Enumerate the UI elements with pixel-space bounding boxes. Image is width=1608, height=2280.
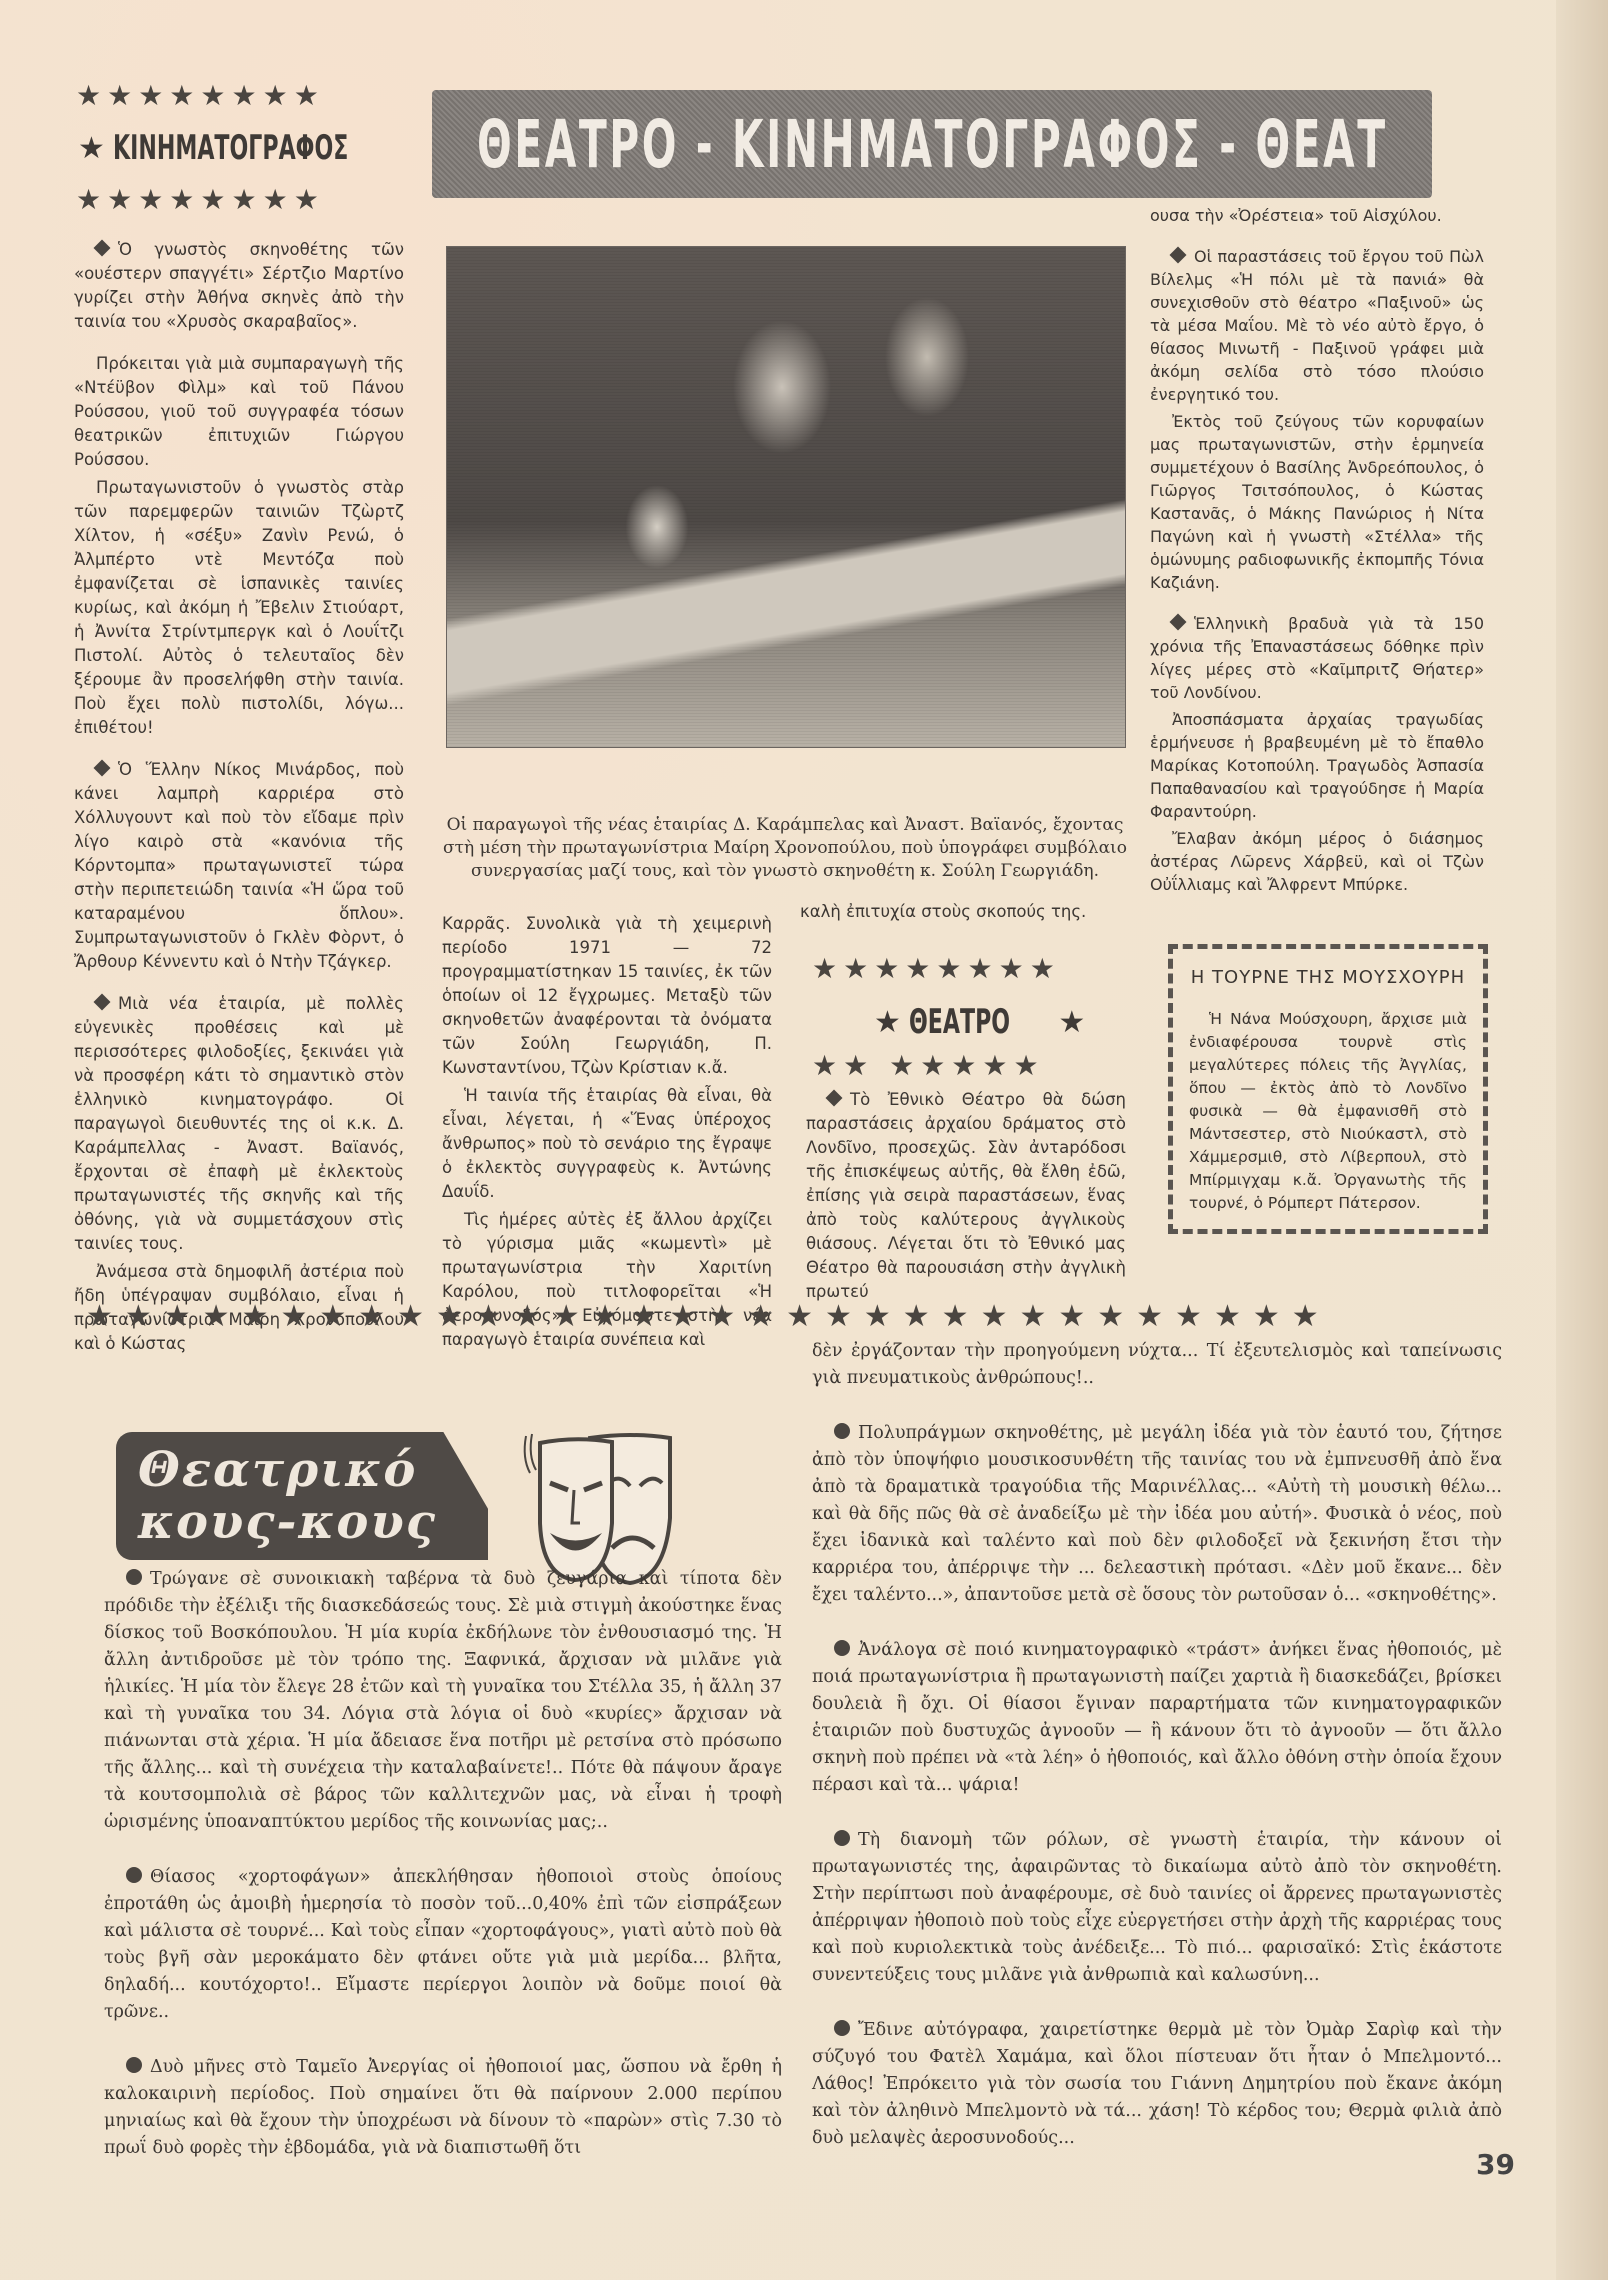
news-photo — [446, 246, 1126, 748]
star-icon: ★ — [1058, 1005, 1085, 1040]
news-item: Οἱ παραστάσεις τοῦ ἔργου τοῦ Πὼλ Βίλελμς… — [1150, 245, 1484, 406]
kous-kous-left-column: Τρώγανε σὲ συνοικιακὴ ταβέρνα τὰ δυὸ ζευ… — [104, 1566, 782, 2190]
kous-kous-right-column: δὲν ἐργάζονταν τὴν προηγούμενη νύχτα... … — [812, 1338, 1502, 2180]
gossip-item: Ἀνάλογα σὲ ποιό κινηματογραφικὸ «τράστ» … — [812, 1637, 1502, 1799]
section-title: ΚΙΝΗΜΑΤΟΓΡΑΦΟΣ — [113, 128, 348, 168]
news-item: Πρωταγωνιστοῦν ὁ γνωστὸς στὰρ τῶν παρεμφ… — [74, 476, 404, 740]
round-bullet-icon — [834, 2020, 850, 2036]
boxed-article-body: Ἡ Νάνα Μούσχουρη, ἄρχισε μιὰ ἐνδιαφέρουσ… — [1189, 1008, 1467, 1215]
star-icon: ★ — [78, 131, 105, 166]
cinema-column: Ὁ γνωστὸς σκηνοθέτης τῶν «ουέστερν σπαγγ… — [74, 238, 404, 1374]
star-row-decoration: ★★★★★★★★ — [76, 82, 325, 110]
middle-column-b: καλὴ ἐπιτυχία στοὺς σκοπούς της. — [800, 900, 1130, 942]
news-item: Ἑλληνικὴ βραδυὰ γιὰ τὰ 150 χρόνια τῆς Ἐπ… — [1150, 612, 1484, 704]
star-divider: ★★★★★★★★★★★★★★★★★★★★★★★★★★★★★★★★ — [86, 1302, 1331, 1332]
news-item: Ἡ ταινία τῆς ἑταιρίας θὰ εἶναι, θὰ εἶναι… — [442, 1084, 772, 1204]
diamond-bullet-icon — [1170, 614, 1187, 631]
gossip-item: Δυὸ μῆνες στὸ Ταμεῖο Ἀνεργίας οἱ ἠθοποιο… — [104, 2054, 782, 2162]
star-row-decoration: ★★★★★★★★ — [812, 955, 1061, 983]
round-bullet-icon — [834, 1423, 850, 1439]
news-item: Ἔλαβαν ἀκόμη μέρος ὁ διάσημος ἀστέρας Λῶ… — [1150, 827, 1484, 896]
diamond-bullet-icon — [94, 240, 111, 257]
gossip-item: δὲν ἐργάζονταν τὴν προηγούμενη νύχτα... … — [812, 1338, 1502, 1392]
news-item: Πρόκειται γιὰ μιὰ συμπαραγωγὴ τῆς «Ντέϋβ… — [74, 352, 404, 472]
section-heading-cinema: ★ ΚΙΝΗΜΑΤΟΓΡΑΦΟΣ — [78, 128, 475, 168]
boxed-article: Η ΤΟΥΡΝΕ ΤΗΣ ΜΟΥΣΧΟΥΡΗ Ἡ Νάνα Μούσχουρη,… — [1168, 944, 1488, 1234]
gossip-item: Πολυπράγμων σκηνοθέτης, μὲ μεγάλη ἰδέα γ… — [812, 1420, 1502, 1609]
logo-line: κους-κους — [138, 1496, 488, 1548]
gossip-item: Τὴ διανομὴ τῶν ρόλων, σὲ γνωστὴ ἑταιρία,… — [812, 1827, 1502, 1989]
round-bullet-icon — [834, 1830, 850, 1846]
logo-line: Θεατρικό — [138, 1444, 488, 1496]
page-edge — [1556, 0, 1608, 2280]
news-item: Ὁ γνωστὸς σκηνοθέτης τῶν «ουέστερν σπαγγ… — [74, 238, 404, 334]
banner-title: ΘΕΑΤΡΟ - ΚΙΝΗΜΑΤΟΓΡΑΦΟΣ - ΘΕΑΤ — [477, 106, 1388, 183]
news-item: Τὸ Ἐθνικὸ Θέατρο θὰ δώση παραστάσεις ἀρχ… — [806, 1088, 1126, 1304]
kous-kous-logo: Θεατρικό κους-κους — [116, 1432, 488, 1560]
page-number: 39 — [1476, 2148, 1515, 2181]
right-column: ουσα τὴν «Ὀρέστεια» τοῦ Αἰσχύλου. Οἱ παρ… — [1150, 204, 1484, 914]
page-banner: ΘΕΑΤΡΟ - ΚΙΝΗΜΑΤΟΓΡΑΦΟΣ - ΘΕΑΤ — [432, 90, 1432, 198]
news-item: Ὁ Ἕλλην Νίκος Μινάρδος, ποὺ κάνει λαμπρὴ… — [74, 758, 404, 974]
news-item: Μιὰ νέα ἑταιρία, μὲ πολλὲς εὐγενικὲς προ… — [74, 992, 404, 1256]
news-item: ουσα τὴν «Ὀρέστεια» τοῦ Αἰσχύλου. — [1150, 204, 1484, 227]
round-bullet-icon — [126, 2057, 142, 2073]
star-icon: ★ — [874, 1005, 901, 1040]
section-title: ΘΕΑΤΡΟ — [909, 1002, 1010, 1042]
photo-caption: Οἱ παραγωγοὶ τῆς νέας ἑταιρίας Δ. Καράμπ… — [440, 814, 1130, 883]
diamond-bullet-icon — [94, 760, 111, 777]
section-heading-theatre: ★ ΘΕΑΤΡΟ ★ — [874, 1002, 1085, 1042]
star-row-decoration: ★★ ★★★★★ — [812, 1052, 1045, 1080]
round-bullet-icon — [834, 1640, 850, 1656]
star-row-decoration: ★★★★★★★★ — [76, 186, 325, 214]
round-bullet-icon — [126, 1569, 142, 1585]
news-item: Ἀποσπάσματα ἀρχαίας τραγωδίας ἑρμήνευσε … — [1150, 708, 1484, 823]
round-bullet-icon — [126, 1867, 142, 1883]
theatre-column: Τὸ Ἐθνικὸ Θέατρο θὰ δώση παραστάσεις ἀρχ… — [806, 1088, 1126, 1322]
continuation-text: καλὴ ἐπιτυχία στοὺς σκοπούς της. — [800, 900, 1130, 924]
news-item: Καρρᾶς. Συνολικὰ γιὰ τὴ χειμερινὴ περίοδ… — [442, 912, 772, 1080]
boxed-article-title: Η ΤΟΥΡΝΕ ΤΗΣ ΜΟΥΣΧΟΥΡΗ — [1189, 967, 1467, 988]
diamond-bullet-icon — [94, 994, 111, 1011]
news-item: Ἐκτὸς τοῦ ζεύγους τῶν κορυφαίων μας πρωτ… — [1150, 410, 1484, 594]
diamond-bullet-icon — [826, 1090, 843, 1107]
theatre-masks-icon — [520, 1428, 690, 1588]
diamond-bullet-icon — [1170, 247, 1187, 264]
gossip-item: Θίασος «χορτοφάγων» ἀπεκλήθησαν ἠθοποιοὶ… — [104, 1864, 782, 2026]
gossip-item: Ἔδινε αὐτόγραφα, χαιρετίστηκε θερμὰ μὲ τ… — [812, 2017, 1502, 2152]
gossip-item: Τρώγανε σὲ συνοικιακὴ ταβέρνα τὰ δυὸ ζευ… — [104, 1566, 782, 1836]
